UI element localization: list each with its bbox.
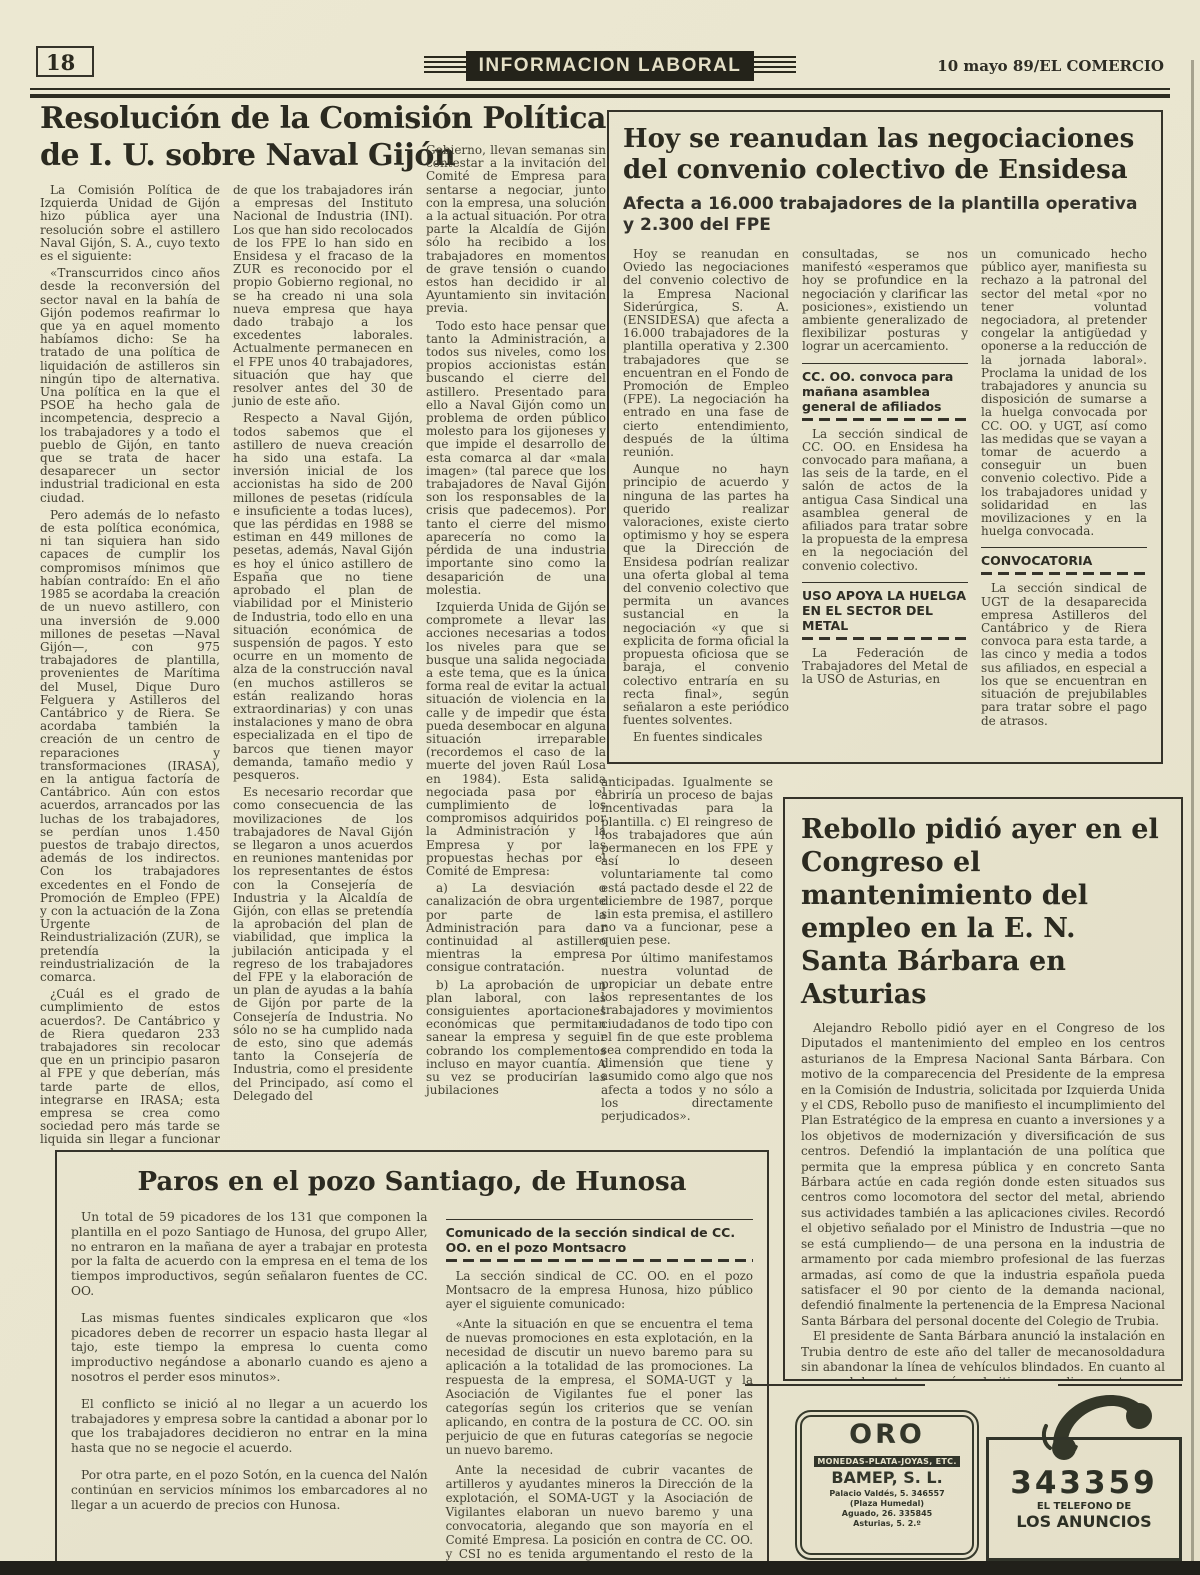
dashed-rule	[446, 1259, 753, 1262]
article-paros-hunosa: Paros en el pozo Santiago, de Hunosa Un …	[55, 1150, 769, 1564]
ad-telefono-anuncios: 343359 EL TELEFONO DE LOS ANUNCIOS	[986, 1437, 1182, 1561]
subhead-ccoo-asamblea: CC. OO. convoca para mañana asamblea gen…	[802, 363, 968, 421]
paragraph: consultadas, se nos manifestó «esperamos…	[802, 248, 968, 354]
paragraph: un comunicado hecho público ayer, manifi…	[981, 248, 1147, 538]
ad-oro-bamep: ORO MONEDAS-PLATA-JOYAS, ETC. BAMEP, S. …	[795, 1410, 979, 1560]
paragraph: Palacio Valdés, 5. 346557	[802, 1489, 972, 1499]
paragraph: Las mismas fuentes sindicales explicaron…	[71, 1311, 428, 1385]
ensidesa-column-1: Hoy se reanudan en Oviedo las negociacio…	[623, 248, 789, 749]
paragraph: En fuentes sindicales	[623, 731, 789, 744]
newspaper-page: 18 INFORMACION LABORAL 10 mayo 89/EL COM…	[0, 0, 1200, 1575]
article-paros-columns: Un total de 59 picadores de los 131 que …	[71, 1210, 753, 1564]
subhead-text: USO APOYA LA HUELGA EN EL SECTOR DEL MET…	[802, 588, 968, 633]
paragraph: La Federación de Trabajadores del Metal …	[802, 647, 968, 687]
paragraph: b) La aprobación de un plan laboral, con…	[426, 979, 606, 1098]
section-banner: INFORMACION LABORAL	[424, 51, 796, 81]
article-rebollo-body: Alejandro Rebollo pidió ayer en el Congr…	[801, 1021, 1165, 1381]
ensidesa-column-2: consultadas, se nos manifestó «esperamos…	[802, 248, 968, 749]
paragraph: de que los trabajadores irán a empresas …	[233, 184, 413, 408]
paragraph: La sección sindical de CC. OO. en Enside…	[802, 428, 968, 573]
article-naval-continuation: anticipadas. Igualmente se abriría un pr…	[601, 776, 773, 1152]
paragraph: Hoy se reanudan en Oviedo las negociacio…	[623, 248, 789, 459]
paragraph: Aunque no hayn principio de acuerdo y ni…	[623, 463, 789, 727]
ensidesa-col3-tail: La sección sindical de UGT de la desapar…	[981, 582, 1147, 727]
subhead-text: Comunicado de la sección sindical de CC.…	[446, 1225, 753, 1255]
ensidesa-col2-tail: La Federación de Trabajadores del Metal …	[802, 647, 968, 687]
rule-line	[981, 547, 1147, 548]
rule-line	[446, 1219, 753, 1220]
paragraph: a) La desviación o canalización de obra …	[426, 882, 606, 974]
paros-col2-body: La sección sindical de CC. OO. en el poz…	[446, 1269, 753, 1564]
naval-column-1: La Comisión Política de Izquierda Unidad…	[40, 184, 220, 1150]
paragraph: La Comisión Política de Izquierda Unidad…	[40, 184, 220, 263]
ensidesa-col2-body: La sección sindical de CC. OO. en Enside…	[802, 428, 968, 573]
paros-column-1: Un total de 59 picadores de los 131 que …	[71, 1210, 428, 1564]
subhead-text: CC. OO. convoca para mañana asamblea gen…	[802, 369, 968, 414]
ad-oro-frame: ORO MONEDAS-PLATA-JOYAS, ETC. BAMEP, S. …	[800, 1415, 974, 1555]
paragraph: anticipadas. Igualmente se abriría un pr…	[601, 776, 773, 948]
paragraph: El presidente de Santa Bárbara anunció l…	[801, 1329, 1165, 1381]
paragraph: El conflicto se inició al no llegar a un…	[71, 1397, 428, 1456]
ad-divider-rule-left	[745, 1384, 925, 1386]
rule-line	[802, 363, 968, 364]
section-title: INFORMACION LABORAL	[466, 51, 754, 81]
paros-column-2: Comunicado de la sección sindical de CC.…	[446, 1210, 753, 1564]
ensidesa-col2-intro: consultadas, se nos manifestó «esperamos…	[802, 248, 968, 354]
paragraph: Por último manifestamos nuestra voluntad…	[601, 952, 773, 1124]
rule-line	[802, 582, 968, 583]
page-right-edge	[1191, 60, 1194, 1561]
article-naval-columns: La Comisión Política de Izquierda Unidad…	[40, 184, 606, 1150]
header-rule	[30, 88, 1170, 98]
naval-column-2: de que los trabajadores irán a empresas …	[233, 184, 413, 1150]
article-paros-headline: Paros en el pozo Santiago, de Hunosa	[71, 1166, 753, 1198]
paragraph: «Transcurridos cinco años desde la recon…	[40, 267, 220, 505]
dashed-rule	[802, 418, 968, 421]
paragraph: Es necesario recordar que como consecuen…	[233, 786, 413, 1103]
ad-oro-address-lines: Palacio Valdés, 5. 346557(Plaza Humedal)…	[802, 1489, 972, 1529]
paragraph: Aguado, 26. 335845	[802, 1509, 972, 1519]
paragraph: Asturias, 5. 2.º	[802, 1519, 972, 1529]
paragraph: Un total de 59 picadores de los 131 que …	[71, 1210, 428, 1299]
subhead-montsacro: Comunicado de la sección sindical de CC.…	[446, 1219, 753, 1262]
ad-phone-line2: LOS ANUNCIOS	[989, 1513, 1179, 1531]
paragraph: (Plaza Humedal)	[802, 1499, 972, 1509]
dashed-rule	[802, 637, 968, 640]
paragraph: Alejandro Rebollo pidió ayer en el Congr…	[801, 1021, 1165, 1329]
paragraph: Por otra parte, en el pozo Sotón, en la …	[71, 1468, 428, 1512]
article-rebollo-headline: Rebollo pidió ayer en el Congreso el man…	[801, 813, 1165, 1011]
ad-phone-number: 343359	[989, 1466, 1179, 1500]
ad-oro-company: BAMEP, S. L.	[802, 1469, 972, 1487]
dashed-rule	[981, 572, 1147, 575]
banner-stripes-right	[754, 56, 796, 76]
ad-oro-strip: MONEDAS-PLATA-JOYAS, ETC.	[814, 1456, 959, 1467]
subhead-text: CONVOCATORIA	[981, 553, 1147, 568]
paragraph: Izquierda Unida de Gijón se compromete a…	[426, 601, 606, 878]
subhead-convocatoria: CONVOCATORIA	[981, 547, 1147, 575]
ad-oro-title: ORO	[802, 1421, 972, 1449]
article-ensidesa-headline: Hoy se reanudan las negociaciones del co…	[623, 124, 1147, 186]
article-ensidesa: Hoy se reanudan las negociaciones del co…	[607, 110, 1163, 764]
masthead-date: 10 mayo 89/EL COMERCIO	[937, 57, 1164, 75]
paragraph: Gobierno, llevan semanas sin contestar a…	[426, 144, 606, 316]
page-number: 18	[36, 46, 94, 77]
paragraph: La sección sindical de CC. OO. en el poz…	[446, 1269, 753, 1311]
paragraph: Todo esto hace pensar que tanto la Admin…	[426, 320, 606, 597]
banner-stripes-left	[424, 56, 466, 76]
naval-column-3: Gobierno, llevan semanas sin contestar a…	[426, 144, 606, 1150]
paragraph: Pero además de lo nefasto de esta políti…	[40, 509, 220, 984]
article-ensidesa-columns: Hoy se reanudan en Oviedo las negociacio…	[623, 248, 1147, 749]
paragraph: Respecto a Naval Gijón, todos sabemos qu…	[233, 412, 413, 782]
subhead-uso-huelga: USO APOYA LA HUELGA EN EL SECTOR DEL MET…	[802, 582, 968, 640]
paragraph: «Ante la situación en que se encuentra e…	[446, 1317, 753, 1457]
paragraph: Ante la necesidad de cubrir vacantes de …	[446, 1463, 753, 1564]
naval-column-4: anticipadas. Igualmente se abriría un pr…	[601, 776, 773, 1123]
ensidesa-col3-body: un comunicado hecho público ayer, manifi…	[981, 248, 1147, 538]
ensidesa-column-3: un comunicado hecho público ayer, manifi…	[981, 248, 1147, 749]
article-rebollo-santa-barbara: Rebollo pidió ayer en el Congreso el man…	[783, 797, 1183, 1381]
article-ensidesa-subtitle: Afecta a 16.000 trabajadores de la plant…	[623, 194, 1147, 236]
page-bottom-bar	[0, 1561, 1200, 1575]
article-naval-gijon: Resolución de la Comisión Política de I.…	[40, 100, 606, 1150]
paragraph: La sección sindical de UGT de la desapar…	[981, 582, 1147, 727]
paragraph: ¿Cuál es el grado de cumplimiento de est…	[40, 988, 220, 1150]
